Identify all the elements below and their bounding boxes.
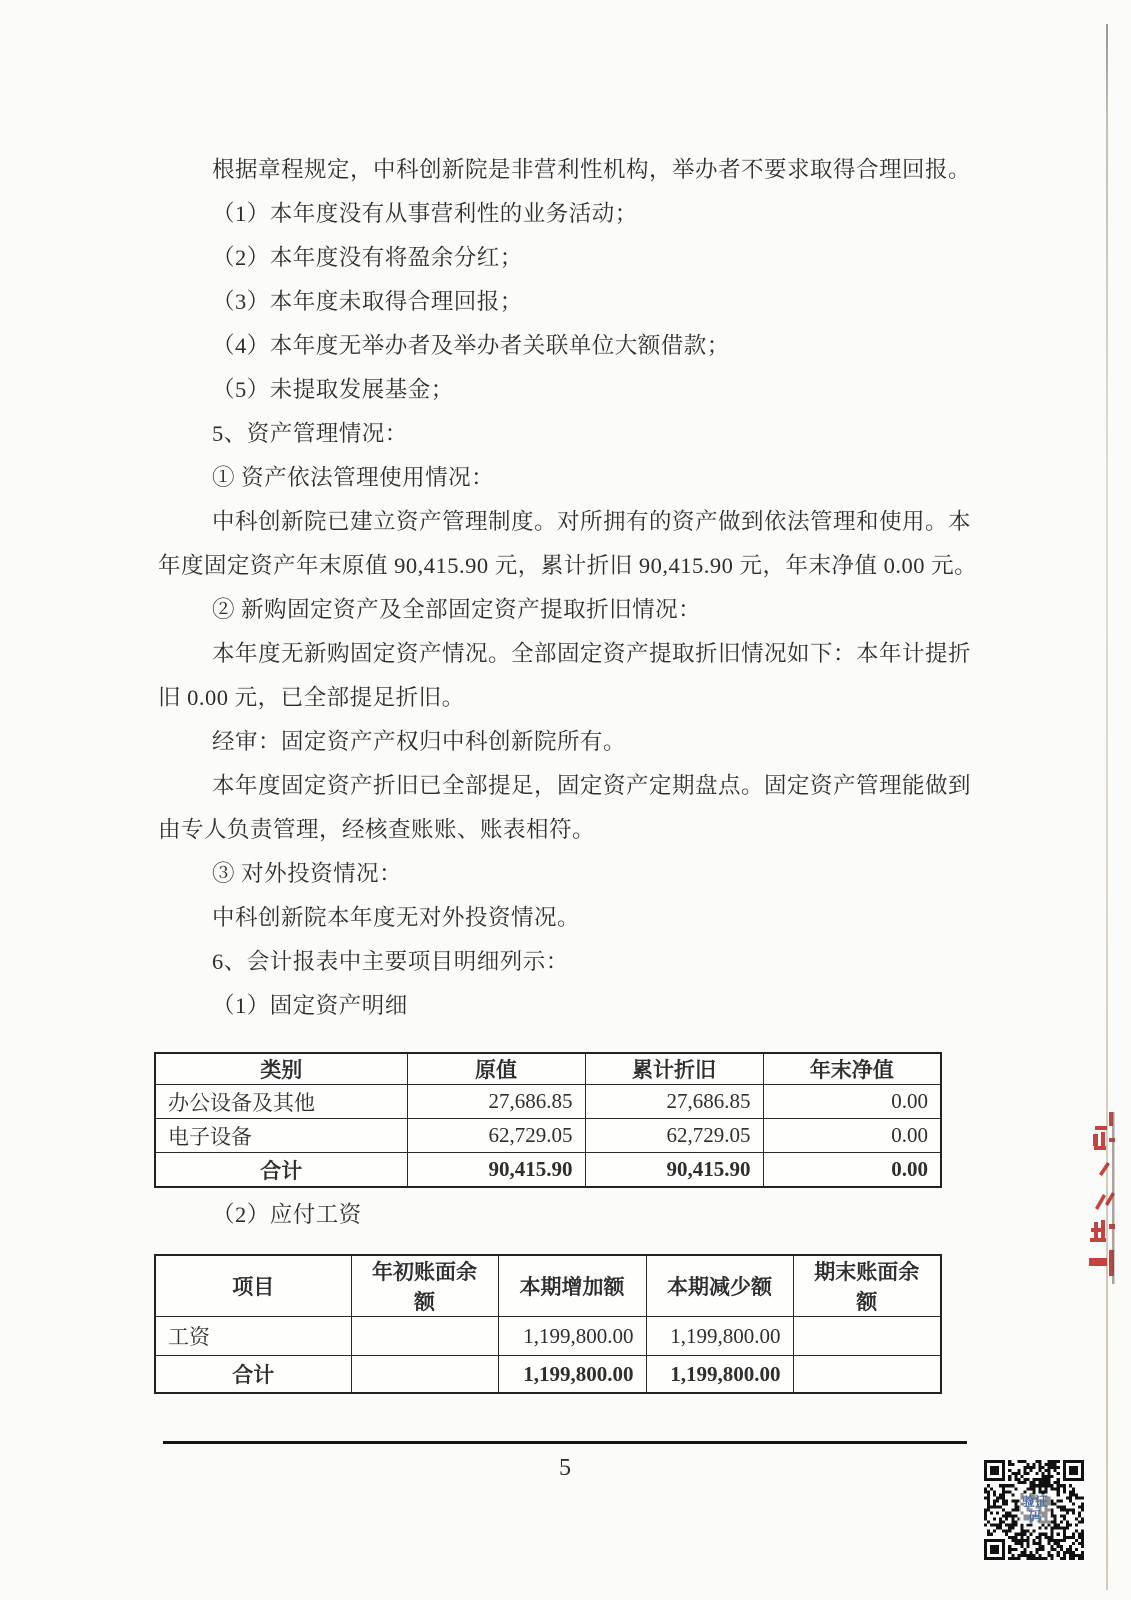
table-header-cell: 本期减少额 (646, 1255, 793, 1317)
table-header-cell: 原值 (407, 1053, 585, 1085)
body-line: （1）本年度没有从事营利性的业务活动； (158, 192, 942, 236)
payroll-table: 项目 年初账面余额 本期增加额 本期减少额 期末账面余额 工资 1,199,80… (154, 1254, 942, 1394)
table-row: 办公设备及其他 27,686.85 27,686.85 0.00 (155, 1085, 941, 1119)
table-cell: 62,729.05 (407, 1119, 585, 1153)
table-cell: 27,686.85 (585, 1085, 763, 1119)
table-caption-fixed-assets: （1）固定资产明细 (158, 984, 942, 1028)
table-cell: 办公设备及其他 (155, 1085, 407, 1119)
table-header-cell: 类别 (155, 1053, 407, 1085)
footer-rule (163, 1441, 967, 1444)
table-cell: 0.00 (763, 1085, 941, 1119)
table-cell: 90,415.90 (407, 1153, 585, 1188)
page-number: 5 (163, 1450, 967, 1486)
table-cell: 1,199,800.00 (498, 1317, 646, 1356)
table-cell: 合计 (155, 1153, 407, 1188)
table-header-row: 类别 原值 累计折旧 年末净值 (155, 1053, 941, 1085)
body-line: 本年度无新购固定资产情况。全部固定资产提取折旧情况如下：本年计提折 (158, 632, 942, 676)
fixed-assets-table: 类别 原值 累计折旧 年末净值 办公设备及其他 27,686.85 27,686… (154, 1052, 942, 1188)
table-cell: 1,199,800.00 (498, 1356, 646, 1394)
section-heading: 5、资产管理情况： (158, 412, 942, 456)
table-cell: 0.00 (763, 1119, 941, 1153)
subsection-heading: ③ 对外投资情况： (158, 852, 942, 896)
table-cell: 电子设备 (155, 1119, 407, 1153)
table-total-row: 合计 90,415.90 90,415.90 0.00 (155, 1153, 941, 1188)
body-line: 旧 0.00 元，已全部提足折旧。 (158, 676, 942, 720)
table-cell (351, 1317, 498, 1356)
subsection-heading: ① 资产依法管理使用情况： (158, 456, 942, 500)
table-cell: 1,199,800.00 (646, 1317, 793, 1356)
table-header-cell: 年初账面余额 (351, 1255, 498, 1317)
table-cell (793, 1356, 941, 1394)
document-page: 根据章程规定，中科创新院是非营利性机构，举办者不要求取得合理回报。 （1）本年度… (0, 0, 1131, 1600)
table-header-cell: 本期增加额 (498, 1255, 646, 1317)
section-heading: 6、会计报表中主要项目明细列示： (158, 940, 942, 984)
table-cell: 62,729.05 (585, 1119, 763, 1153)
table-cell: 工资 (155, 1317, 351, 1356)
table-header-row: 项目 年初账面余额 本期增加额 本期减少额 期末账面余额 (155, 1255, 941, 1317)
qr-code: 验证码 (982, 1460, 1086, 1560)
table-cell (351, 1356, 498, 1394)
body-line: 中科创新院已建立资产管理制度。对所拥有的资产做到依法管理和使用。本 (158, 500, 942, 544)
body-line: 经审：固定资产产权归中科创新院所有。 (158, 720, 942, 764)
body-line: （5）未提取发展基金； (158, 368, 942, 412)
table-total-row: 合计 1,199,800.00 1,199,800.00 (155, 1356, 941, 1394)
body-line: 根据章程规定，中科创新院是非营利性机构，举办者不要求取得合理回报。 (158, 148, 942, 192)
table-header-cell: 期末账面余额 (793, 1255, 941, 1317)
body-line: （4）本年度无举办者及举办者关联单位大额借款； (158, 324, 942, 368)
table-row: 电子设备 62,729.05 62,729.05 0.00 (155, 1119, 941, 1153)
scan-edge-line (1106, 24, 1108, 1590)
body-line: 中科创新院本年度无对外投资情况。 (158, 896, 942, 940)
body-line: （3）本年度未取得合理回报； (158, 280, 942, 324)
body-line: 年度固定资产年末原值 90,415.90 元，累计折旧 90,415.90 元，… (158, 544, 942, 588)
subsection-heading: ② 新购固定资产及全部固定资产提取折旧情况： (158, 588, 942, 632)
table-cell: 0.00 (763, 1153, 941, 1188)
table-cell: 合计 (155, 1356, 351, 1394)
table-cell (793, 1317, 941, 1356)
table-cell: 90,415.90 (585, 1153, 763, 1188)
table-caption-payroll: （2）应付工资 (212, 1193, 362, 1237)
body-line: 本年度固定资产折旧已全部提足，固定资产定期盘点。固定资产管理能做到 (158, 764, 942, 808)
body-line: （2）本年度没有将盈余分红； (158, 236, 942, 280)
red-stamp-fragment (1085, 1112, 1131, 1284)
table-header-cell: 项目 (155, 1255, 351, 1317)
qr-center-label: 验证码 (1019, 1494, 1051, 1524)
body-text: 根据章程规定，中科创新院是非营利性机构，举办者不要求取得合理回报。 （1）本年度… (158, 148, 942, 1028)
table-header-cell: 年末净值 (763, 1053, 941, 1085)
table-row: 工资 1,199,800.00 1,199,800.00 (155, 1317, 941, 1356)
table-cell: 1,199,800.00 (646, 1356, 793, 1394)
table-cell: 27,686.85 (407, 1085, 585, 1119)
body-line: 由专人负责管理，经核查账账、账表相符。 (158, 808, 942, 852)
table-header-cell: 累计折旧 (585, 1053, 763, 1085)
